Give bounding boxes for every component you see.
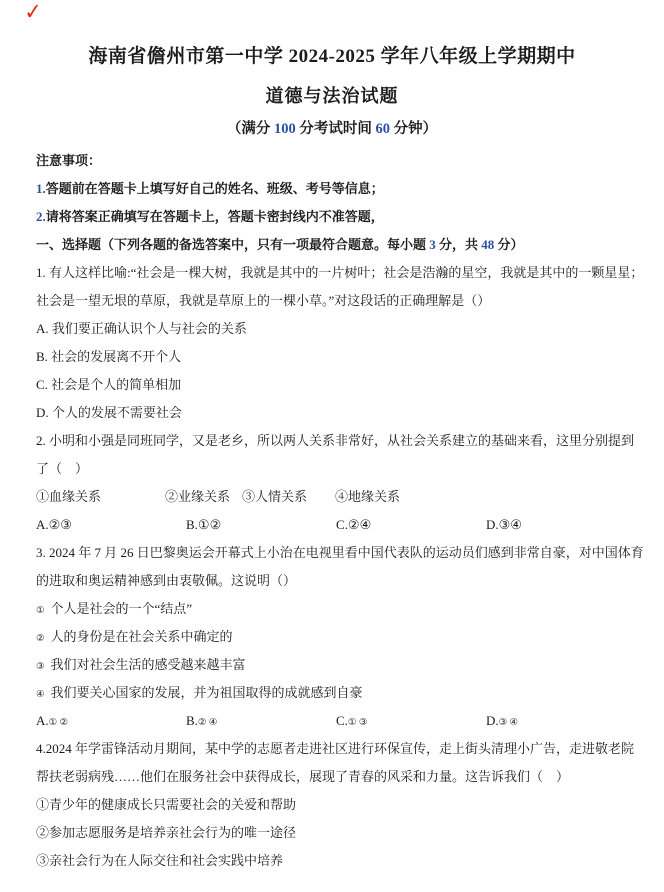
document-body: 注意事项： 1.答题前在答题卡上填写好自己的姓名、班级、考号等信息； 2.请将答… bbox=[0, 140, 664, 875]
question-1-option-d: D. 个人的发展不需要社会 bbox=[36, 399, 634, 427]
exam-title-line1: 海南省儋州市第一中学 2024-2025 学年八年级上学期期中 bbox=[0, 44, 664, 70]
subtitle-text: 分钟） bbox=[390, 121, 437, 137]
question-3-item-4-text: 我们要关心国家的发展，并为祖国取得的成就感到自豪 bbox=[51, 685, 363, 700]
section-heading-choice-questions: 一、选择题（下列各题的备选答案中，只有一项最符合题意。每小题 3 分，共 48 … bbox=[36, 231, 634, 259]
option-c-label: C. bbox=[336, 713, 348, 728]
question-3-item-3: ③我们对社会生活的感受越来越丰富 bbox=[36, 651, 634, 679]
question-2-line-2: 了（ ） bbox=[36, 455, 634, 483]
circled-number-3: ③ bbox=[36, 662, 45, 672]
subtitle-score: 100 bbox=[274, 121, 296, 137]
notice-item-1-number: 1. bbox=[36, 181, 46, 196]
red-check-mark-icon: ✓ bbox=[23, 0, 43, 26]
notice-item-2-number: 2. bbox=[36, 209, 46, 224]
option-c-numbers: ① ③ bbox=[348, 718, 367, 728]
question-3-option-c: C.① ③ bbox=[336, 707, 486, 735]
question-2-item-2: ②业缘关系 bbox=[165, 489, 230, 504]
question-3-line-1: 3. 2024 年 7 月 26 日巴黎奥运会开幕式上小治在电视里看中国代表队的… bbox=[36, 539, 634, 567]
question-3-item-4: ④我们要关心国家的发展，并为祖国取得的成就感到自豪 bbox=[36, 679, 634, 707]
question-1-option-b: B. 社会的发展离不开个人 bbox=[36, 343, 634, 371]
question-3-line-2: 的进取和奥运精神感到由衷敬佩。这说明（） bbox=[36, 567, 634, 595]
circled-number-4: ④ bbox=[36, 690, 45, 700]
question-4-item-3: ③亲社会行为在人际交往和社会实践中培养 bbox=[36, 847, 634, 875]
question-3-item-1-text: 个人是社会的一个“结点” bbox=[51, 601, 193, 616]
option-a-label: A. bbox=[36, 713, 49, 728]
question-1-line-2: 社会是一望无垠的草原，我就是草原上的一棵小草。”对这段话的正确理解是（） bbox=[36, 287, 634, 315]
question-2-option-a: A.②③ bbox=[36, 511, 186, 539]
question-2-numbered-items: ①血缘关系②业缘关系③人情关系④地缘关系 bbox=[36, 483, 634, 511]
question-3-options-row: A.① ② B.② ④ C.① ③ D.③ ④ bbox=[36, 707, 634, 735]
notice-item-2-text: 请将答案正确填写在答题卡上，答题卡密封线内不准答题， bbox=[46, 209, 384, 224]
exam-subtitle: （满分 100 分考试时间 60 分钟） bbox=[0, 118, 664, 140]
section-text: 分） bbox=[494, 237, 523, 252]
notice-item-1-text: 答题前在答题卡上填写好自己的姓名、班级、考号等信息； bbox=[46, 181, 384, 196]
exam-title-line2: 道德与法治试题 bbox=[0, 83, 664, 109]
question-2-item-4: ④地缘关系 bbox=[335, 489, 400, 504]
question-3-option-a: A.① ② bbox=[36, 707, 186, 735]
subtitle-text: 分考试时间 bbox=[296, 121, 376, 137]
subtitle-text: （满分 bbox=[227, 121, 274, 137]
circled-number-2: ② bbox=[36, 634, 45, 644]
question-4-line-2: 帮扶老弱病残……他们在服务社会中获得成长，展现了青春的风采和力量。这告诉我们（ … bbox=[36, 763, 634, 791]
option-b-numbers: ② ④ bbox=[198, 718, 217, 728]
option-d-label: D. bbox=[486, 713, 499, 728]
question-1-option-c: C. 社会是个人的简单相加 bbox=[36, 371, 634, 399]
document-header: 海南省儋州市第一中学 2024-2025 学年八年级上学期期中 道德与法治试题 … bbox=[0, 0, 664, 140]
option-d-numbers: ③ ④ bbox=[499, 718, 518, 728]
option-b-label: B. bbox=[186, 713, 198, 728]
question-2-line-1: 2. 小明和小强是同班同学，又是老乡，所以两人关系非常好，从社会关系建立的基础来… bbox=[36, 427, 634, 455]
notice-item-2: 2.请将答案正确填写在答题卡上，答题卡密封线内不准答题， bbox=[36, 203, 634, 231]
question-2-options-row: A.②③ B.①② C.②④ D.③④ bbox=[36, 511, 634, 539]
question-2-option-b: B.①② bbox=[186, 511, 336, 539]
subtitle-minutes: 60 bbox=[376, 121, 391, 137]
question-2-item-3: ③人情关系 bbox=[242, 489, 307, 504]
notice-heading: 注意事项： bbox=[36, 147, 634, 175]
question-2-item-1: ①血缘关系 bbox=[36, 489, 101, 504]
section-text: 分，共 bbox=[436, 237, 482, 252]
circled-number-1: ① bbox=[36, 606, 45, 616]
question-4-line-1: 4.2024 年学雷锋活动月期间，某中学的志愿者走进社区进行环保宣传，走上街头清… bbox=[36, 735, 634, 763]
question-3-item-2-text: 人的身份是在社会关系中确定的 bbox=[51, 629, 233, 644]
question-3-option-d: D.③ ④ bbox=[486, 707, 636, 735]
question-3-item-2: ②人的身份是在社会关系中确定的 bbox=[36, 623, 634, 651]
question-4-item-2: ②参加志愿服务是培养亲社会行为的唯一途径 bbox=[36, 819, 634, 847]
question-3-option-b: B.② ④ bbox=[186, 707, 336, 735]
question-3-item-1: ①个人是社会的一个“结点” bbox=[36, 595, 634, 623]
question-2-option-c: C.②④ bbox=[336, 511, 486, 539]
option-a-numbers: ① ② bbox=[49, 718, 68, 728]
question-4-item-1: ①青少年的健康成长只需要社会的关爱和帮助 bbox=[36, 791, 634, 819]
question-3-item-3-text: 我们对社会生活的感受越来越丰富 bbox=[51, 657, 246, 672]
section-text: 一、选择题（下列各题的备选答案中，只有一项最符合题意。每小题 bbox=[36, 237, 429, 252]
question-1-line-1: 1. 有人这样比喻:“社会是一棵大树，我就是其中的一片树叶；社会是浩瀚的星空，我… bbox=[36, 259, 634, 287]
notice-item-1: 1.答题前在答题卡上填写好自己的姓名、班级、考号等信息； bbox=[36, 175, 634, 203]
section-total-points: 48 bbox=[481, 237, 494, 252]
exam-document-page: ✓ 海南省儋州市第一中学 2024-2025 学年八年级上学期期中 道德与法治试… bbox=[0, 0, 664, 892]
question-2-option-d: D.③④ bbox=[486, 511, 636, 539]
question-1-option-a: A. 我们要正确认识个人与社会的关系 bbox=[36, 315, 634, 343]
